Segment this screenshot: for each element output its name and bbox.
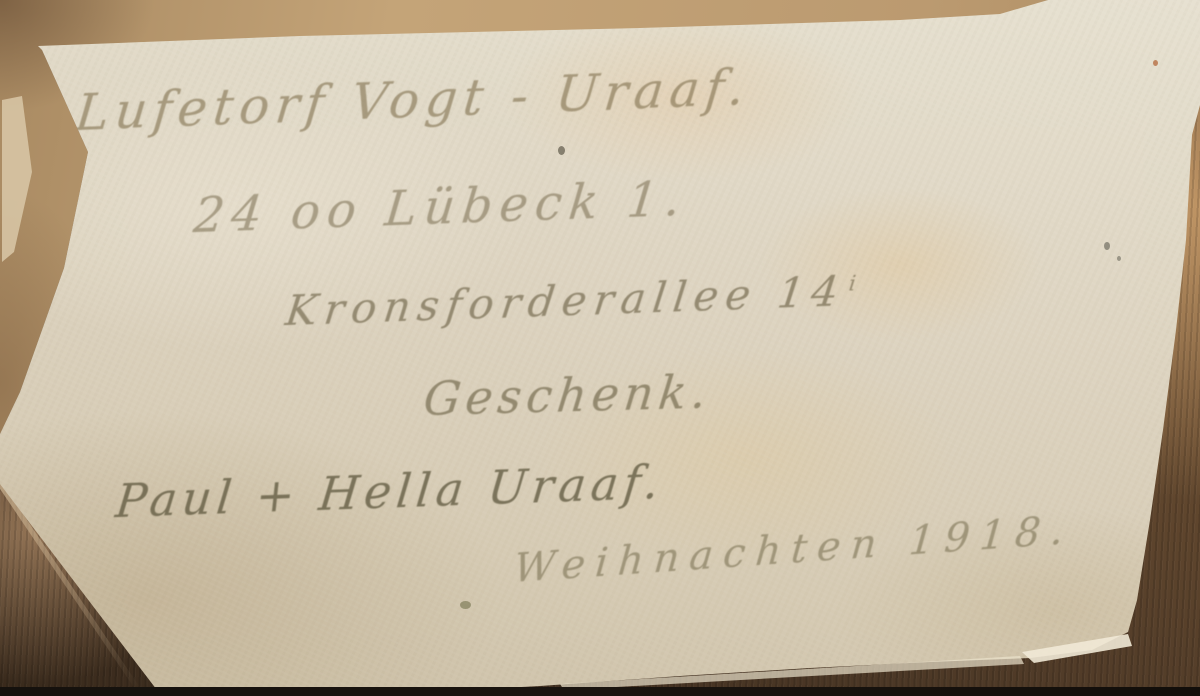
handwriting-line-1: Lufetorf Vogt - Uraaf. (73, 58, 753, 142)
paper-speck (1104, 242, 1110, 250)
handwriting-text: Geschenk. (421, 364, 714, 426)
rust-speck (1153, 60, 1158, 66)
handwriting-line-5: Paul + Hella Uraaf. (113, 455, 666, 528)
frame-edge-strip (0, 687, 1200, 696)
handwriting-text: Lufetorf Vogt - Uraaf. (73, 58, 753, 142)
superscript-mark: i (848, 271, 865, 296)
handwriting-line-2: 24 oo Lübeck 1. (191, 171, 690, 244)
handwriting-text: 24 oo Lübeck 1. (191, 171, 690, 244)
handwriting-line-4: Geschenk. (421, 364, 714, 426)
handwriting-line-3: Kronsforderallee 14i (283, 266, 865, 335)
paper-speck (558, 146, 565, 155)
paper-speck (460, 601, 471, 609)
paper-speck (1117, 256, 1121, 261)
handwriting-text: Kronsforderallee 14 (283, 266, 848, 335)
handwriting-text: Weihnachten 1918. (512, 507, 1075, 593)
note-paper: Lufetorf Vogt - Uraaf. 24 oo Lübeck 1. K… (0, 0, 1200, 696)
photo-frame-back: Lufetorf Vogt - Uraaf. 24 oo Lübeck 1. K… (0, 0, 1200, 696)
handwriting-line-6: Weihnachten 1918. (512, 507, 1075, 593)
handwriting-text: Paul + Hella Uraaf. (113, 455, 666, 528)
